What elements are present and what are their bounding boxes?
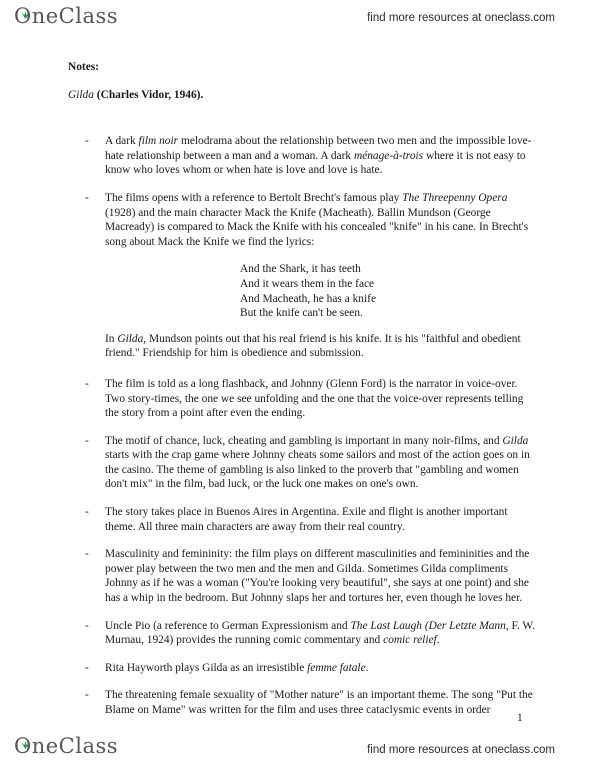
bullet-marker: - xyxy=(68,547,105,605)
bullet-text: Masculinity and femininity: the film pla… xyxy=(105,547,538,605)
document-title: Gilda (Charles Vidor, 1946). xyxy=(68,88,538,103)
notes-label: Notes: xyxy=(68,60,538,75)
bullet-item: - The motif of chance, luck, cheating an… xyxy=(68,434,538,492)
bullet-marker: - xyxy=(68,434,105,492)
bullet-marker: - xyxy=(68,191,105,249)
bullet-item: - The film is told as a long flashback, … xyxy=(68,377,538,421)
footer-tagline[interactable]: find more resources at oneclass.com xyxy=(367,744,555,756)
document-body: Notes: Gilda (Charles Vidor, 1946). - A … xyxy=(68,60,538,731)
bullet-item: - Rita Hayworth plays Gilda as an irresi… xyxy=(68,661,538,676)
bullet-item: - The story takes place in Buenos Aires … xyxy=(68,505,538,534)
continuation-paragraph: In Gilda, Mundson points out that his re… xyxy=(105,332,538,361)
bullet-text: The motif of chance, luck, cheating and … xyxy=(105,434,538,492)
lyric-line: But the knife can't be seen. xyxy=(240,306,538,321)
bullet-marker: - xyxy=(68,688,105,717)
bullet-item: - The films opens with a reference to Be… xyxy=(68,191,538,249)
bullet-marker: - xyxy=(68,377,105,421)
lyric-line: And Macheath, he has a knife xyxy=(240,292,538,307)
bullet-marker: - xyxy=(68,134,105,178)
bullet-text: Rita Hayworth plays Gilda as an irresist… xyxy=(105,661,538,676)
bullet-item: - A dark film noir melodrama about the r… xyxy=(68,134,538,178)
page-number: 1 xyxy=(517,712,523,724)
bullet-text: The film is told as a long flashback, an… xyxy=(105,377,538,421)
oneclass-logo[interactable]: OneClass xyxy=(14,4,118,28)
leaf-icon xyxy=(19,731,32,755)
bullet-item: - Masculinity and femininity: the film p… xyxy=(68,547,538,605)
bullet-marker: - xyxy=(68,619,105,648)
header: OneClass find more resources at oneclass… xyxy=(0,0,595,40)
bullet-text: The films opens with a reference to Bert… xyxy=(105,191,538,249)
footer: OneClass find more resources at oneclass… xyxy=(0,730,595,770)
lyrics-block: And the Shark, it has teeth And it wears… xyxy=(240,262,538,320)
bullet-item: - Uncle Pio (a reference to German Expre… xyxy=(68,619,538,648)
bullet-text: The threatening female sexuality of "Mot… xyxy=(105,688,538,717)
oneclass-logo[interactable]: OneClass xyxy=(14,734,118,758)
header-tagline[interactable]: find more resources at oneclass.com xyxy=(367,12,555,24)
bullet-text: Uncle Pio (a reference to German Express… xyxy=(105,619,538,648)
bullet-text: The story takes place in Buenos Aires in… xyxy=(105,505,538,534)
bullet-marker: - xyxy=(68,505,105,534)
leaf-icon xyxy=(19,1,32,25)
bullet-marker: - xyxy=(68,661,105,676)
lyric-line: And the Shark, it has teeth xyxy=(240,262,538,277)
bullet-text: A dark film noir melodrama about the rel… xyxy=(105,134,538,178)
lyric-line: And it wears them in the face xyxy=(240,277,538,292)
bullet-item: - The threatening female sexuality of "M… xyxy=(68,688,538,717)
page: OneClass find more resources at oneclass… xyxy=(0,0,595,770)
